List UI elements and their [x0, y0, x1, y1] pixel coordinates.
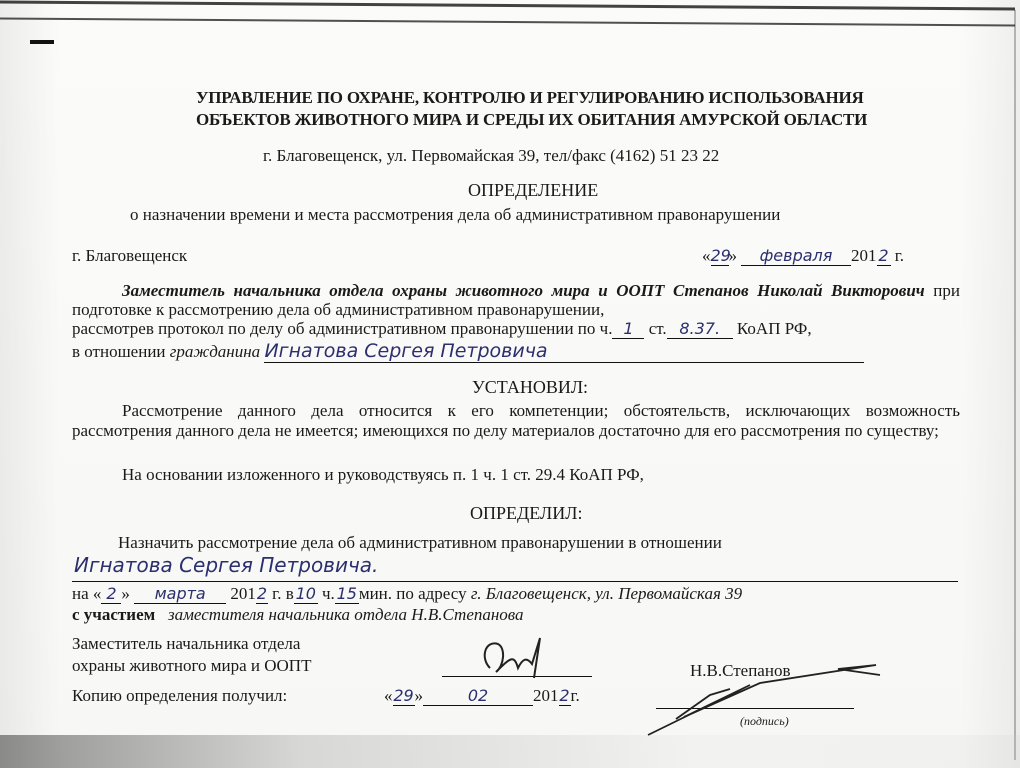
- organization-line-1: УПРАВЛЕНИЕ ПО ОХРАНЕ, КОНТРОЛЮ И РЕГУЛИР…: [196, 88, 864, 108]
- document-city: г. Благовещенск: [72, 246, 187, 266]
- scanned-document-page: УПРАВЛЕНИЕ ПО ОХРАНЕ, КОНТРОЛЮ И РЕГУЛИР…: [0, 0, 1020, 768]
- participation-value: заместителя начальника отдела Н.В.Степан…: [168, 605, 524, 624]
- legal-basis: На основании изложенного и руководствуяс…: [122, 465, 644, 485]
- article-number: 8.37.: [667, 319, 733, 339]
- scan-mark: [30, 40, 54, 44]
- hearing-month: марта: [134, 584, 226, 604]
- organization-address: г. Благовещенск, ул. Первомайская 39, те…: [263, 146, 719, 166]
- signer-position-line-2: охраны животного мира и ООПТ: [72, 656, 311, 676]
- hearing-address: г. Благовещенск, ул. Первомайская 39: [471, 584, 742, 603]
- part-number: 1: [612, 319, 644, 339]
- hearing-day: 2: [101, 584, 121, 604]
- document-title: ОПРЕДЕЛЕНИЕ: [468, 180, 598, 201]
- document-date: «29»февраля2012 г.: [702, 246, 904, 266]
- date-day: 29: [711, 246, 729, 266]
- hearing-hour: 10: [294, 584, 318, 604]
- scan-shadow: [0, 735, 1020, 768]
- organization-line-2: ОБЪЕКТОВ ЖИВОТНОГО МИРА И СРЕДЫ ИХ ОБИТА…: [196, 110, 867, 130]
- copy-received-date: «29»022012г.: [384, 686, 580, 706]
- scan-edge-artifact: [0, 0, 1015, 26]
- established-heading: УСТАНОВИЛ:: [472, 377, 588, 398]
- signer-position-line-1: Заместитель начальника отдела: [72, 634, 300, 654]
- copy-month: 02: [423, 686, 533, 706]
- date-month: февраля: [741, 246, 851, 266]
- hearing-datetime-line: на «2» марта 2012 г. в10 ч.15мин. по адр…: [72, 584, 742, 604]
- citizen-line: в отношении гражданина Игнатова Сергея П…: [72, 340, 864, 363]
- established-paragraph: Рассмотрение данного дела относится к ег…: [72, 401, 960, 441]
- intro-paragraph: Заместитель начальника отдела охраны жив…: [72, 281, 960, 319]
- date-year-digit: 2: [877, 246, 891, 266]
- signature-caption: (подпись): [740, 714, 789, 729]
- protocol-line: рассмотрев протокол по делу об администр…: [72, 319, 812, 339]
- citizen-name: Игнатова Сергея Петровича: [264, 340, 864, 363]
- scan-edge-right: [1014, 10, 1016, 760]
- participation-line: с участием заместителя начальника отдела…: [72, 605, 524, 625]
- document-subtitle: о назначении времени и места рассмотрени…: [130, 205, 780, 225]
- hearing-minute: 15: [335, 584, 359, 604]
- copy-received-label: Копию определения получил:: [72, 686, 287, 706]
- official-signature-icon: [470, 628, 580, 693]
- decided-person-name: Игнатова Сергея Петровича.: [74, 553, 378, 577]
- copy-year-digit: 2: [559, 686, 571, 706]
- decided-heading: ОПРЕДЕЛИЛ:: [470, 503, 582, 524]
- official-name: Заместитель начальника отдела охраны жив…: [122, 281, 925, 300]
- copy-day: 29: [393, 686, 415, 706]
- hearing-year-digit: 2: [256, 584, 268, 604]
- decided-text: Назначить рассмотрение дела об администр…: [118, 533, 722, 553]
- name-underline: [72, 581, 958, 582]
